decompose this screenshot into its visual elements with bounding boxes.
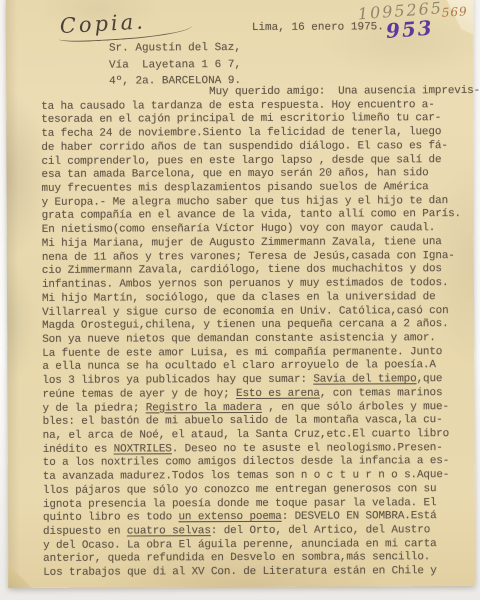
book-title-underlined: Savia del tiempo xyxy=(313,373,416,385)
book-title-underlined: un extenso poema xyxy=(178,511,281,523)
letter-text: muy frecuentes mis desplazamientos pisan… xyxy=(42,181,429,195)
letter-text: ta fecha 24 de noviembre.Siento la felic… xyxy=(41,126,441,140)
letter-text: Mi hijo Martín, sociólogo, que da clases… xyxy=(42,291,436,305)
letter-text: a ella nunca se ha ocultado el claro arr… xyxy=(42,360,436,374)
letter-text: na, el arca de Noé, el ataud, la Santa C… xyxy=(43,428,449,442)
letter-text: grata compañía en el avance de la vida, … xyxy=(42,209,461,223)
letter-text: Los trabajos que di al XV Con. de Litera… xyxy=(43,565,437,579)
letter-text: ta avanzada madurez.Todos los temas son … xyxy=(43,469,449,483)
handwritten-archive-number-purple: 953 xyxy=(385,16,434,43)
letter-text: ignota presencia la poesía donde me toqu… xyxy=(43,497,437,511)
letter-text: y del Ocaso. La obra El águila perenne, … xyxy=(43,538,437,552)
letter-text: : DESVELO EN SOMBRA.Está xyxy=(282,510,437,523)
letter-line: Los trabajos que di al XV Con. de Litera… xyxy=(43,565,461,581)
letter-text: y de la piedra; xyxy=(42,402,145,414)
book-title-underlined: Esto es arena xyxy=(236,387,320,399)
recipient-address-block: Sr. Agustín del Saz,Vía Layetana 1 6 7,4… xyxy=(109,40,241,90)
letter-text: Magda Orostegui,chilena, y tienen una pe… xyxy=(42,318,448,332)
letter-text: En nietismo(como enseñaría Víctor Hugo) … xyxy=(42,222,436,236)
letter-text: , con temas marinos xyxy=(320,387,443,400)
letter-text: Son ya nueve nietos que demandan constan… xyxy=(42,332,436,346)
letter-text: anterior, queda refundida en Desvelo en … xyxy=(43,552,430,566)
letter-text: : del Orto, del Artico, del Austro xyxy=(211,524,430,537)
letter-text: Mi hija Mariana, mujer de Augusto Zimmer… xyxy=(42,236,442,250)
letter-text: ta ha causado la tardanza de esta respue… xyxy=(41,99,435,113)
scanned-letter-screenshot: { "annotations": { "copy_note": "Copia."… xyxy=(0,0,480,600)
letter-text: esa tan amada Barcelona, que en mayo ser… xyxy=(41,167,428,181)
handwritten-copy-note: Copia. xyxy=(57,7,193,44)
address-line: Sr. Agustín del Saz, xyxy=(109,40,241,57)
letter-text: de haber corrido años de tan suspendido … xyxy=(41,140,447,154)
book-title-underlined: Registro la madera xyxy=(146,401,262,414)
letter-dateline: Lima, 16 enero 1975. xyxy=(252,21,384,34)
letter-text: nena de 11 años y tres varones; Teresa d… xyxy=(42,250,455,264)
book-title-underlined: NOXTRILES xyxy=(114,443,172,455)
letter-text: ,que xyxy=(417,373,443,385)
letter-text: dispuesto en xyxy=(43,525,127,537)
letter-text: y Europa.- Me alegra mucho saber que tus… xyxy=(42,195,448,209)
bottom-left-crease xyxy=(8,562,34,588)
letter-page: Copia. 1095265 569 953 Lima, 16 enero 19… xyxy=(6,0,476,588)
letter-body: Muy querido amigo: Una ausencia imprevis… xyxy=(41,85,461,581)
handwritten-archive-number-small: 569 xyxy=(441,4,468,19)
letter-text: . Deseo no te asuste el neologismo.Prese… xyxy=(172,442,443,455)
letter-text: Villarreal y sigue curso de economía en … xyxy=(42,305,448,319)
letter-text: quinto libro es todo xyxy=(43,512,179,525)
letter-text: llos pájaros que sólo yo conozco me entr… xyxy=(43,483,437,497)
letter-text: , en que sólo árboles y mue- xyxy=(262,401,449,414)
letter-text: cil comprenderlo, pues en este largo lap… xyxy=(41,154,441,168)
letter-text: bles: el bastón de mi abuelo salido de l… xyxy=(43,414,443,428)
letter-text: La fuente de este amor Luisa, es mi comp… xyxy=(42,346,442,360)
letter-text: infantinas. Ambos yernos son peruanos y … xyxy=(42,277,448,291)
letter-text: Muy querido amigo: Una ausencia imprevis… xyxy=(209,85,480,98)
letter-text: los 3 libros ya publicados hay que sumar… xyxy=(42,374,313,387)
book-title-underlined: cuatro selvas xyxy=(127,525,211,537)
letter-text: inédito es xyxy=(43,443,114,455)
letter-text: tesorada en el cajón principal de mi esc… xyxy=(41,113,441,127)
letter-text: cio Zimmermann Zavala, cardiólogo, tiene… xyxy=(42,263,442,277)
address-line: Vía Layetana 1 6 7, xyxy=(109,56,241,73)
letter-text: to a los noxtriles como amigos dilectos … xyxy=(43,455,449,469)
letter-text: reúne temas de ayer y de hoy; xyxy=(42,388,236,401)
